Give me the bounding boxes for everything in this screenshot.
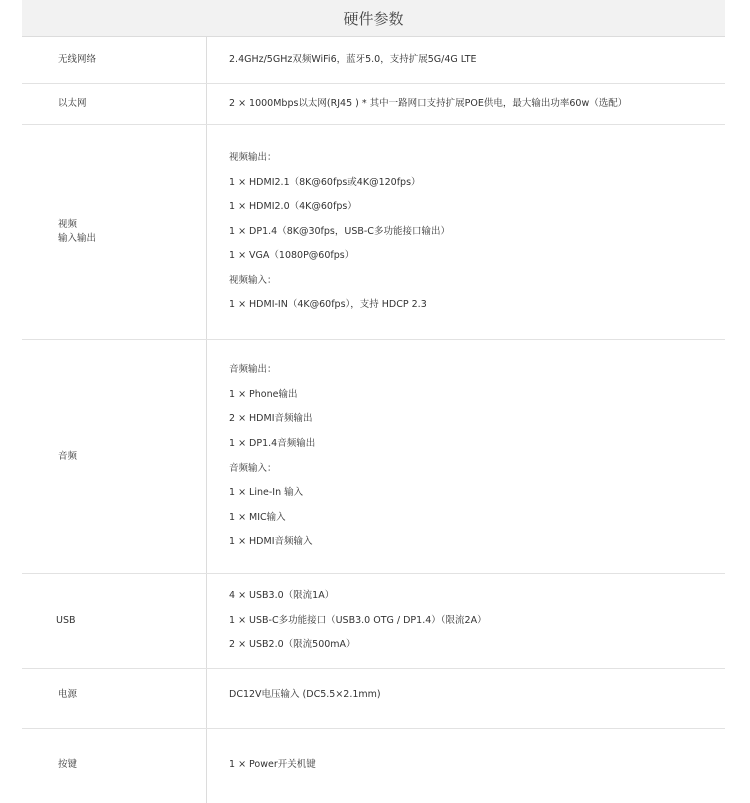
value-line: 2.4GHz/5GHz双频WiFi6，蓝牙5.0，支持扩展5G/4G LTE — [229, 48, 725, 73]
row-value: 1 × Power开关机键 — [207, 729, 725, 801]
value-line: 1 × USB-C多功能接口（USB3.0 OTG / DP1.4）（限流2A） — [229, 609, 725, 634]
value-line: 1 × HDMI-IN（4K@60fps），支持 HDCP 2.3 — [229, 293, 725, 318]
row-label: 音频 — [22, 340, 207, 573]
value-line: 1 × HDMI2.1（8K@60fps或4K@120fps） — [229, 171, 725, 196]
row-value: 音频输出： 1 × Phone输出 2 × HDMI音频输出 1 × DP1.4… — [207, 340, 725, 573]
value-line: 1 × DP1.4（8K@30fps，USB-C多功能接口输出） — [229, 220, 725, 245]
value-line: 2 × 1000Mbps以太网(RJ45 ) * 其中一路网口支持扩展POE供电… — [229, 92, 725, 117]
hardware-spec-table: 硬件参数 无线网络 2.4GHz/5GHz双频WiFi6，蓝牙5.0，支持扩展5… — [22, 0, 725, 801]
value-line: 1 × Phone输出 — [229, 383, 725, 408]
value-line: 2 × USB2.0（限流500mA） — [229, 633, 725, 658]
value-line: 1 × MIC输入 — [229, 506, 725, 531]
value-line: 1 × HDMI2.0（4K@60fps） — [229, 195, 725, 220]
row-label: 电源 — [22, 669, 207, 728]
row-label: 以太网 — [22, 84, 207, 124]
table-row-audio: 音频 音频输出： 1 × Phone输出 2 × HDMI音频输出 1 × DP… — [22, 340, 725, 574]
value-line: 4 × USB3.0（限流1A） — [229, 584, 725, 609]
value-line: 音频输入： — [229, 457, 725, 482]
table-row-usb: USB 4 × USB3.0（限流1A） 1 × USB-C多功能接口（USB3… — [22, 574, 725, 669]
row-label-line: 视频 — [58, 218, 96, 232]
row-value: 2 × 1000Mbps以太网(RJ45 ) * 其中一路网口支持扩展POE供电… — [207, 84, 725, 124]
value-line: 视频输入： — [229, 269, 725, 294]
row-label: 无线网络 — [22, 37, 207, 83]
table-row-video-io: 视频 输入输出 视频输出： 1 × HDMI2.1（8K@60fps或4K@12… — [22, 125, 725, 340]
value-line: 1 × Line-In 输入 — [229, 481, 725, 506]
row-value: 2.4GHz/5GHz双频WiFi6，蓝牙5.0，支持扩展5G/4G LTE — [207, 37, 725, 83]
row-label: USB — [22, 574, 207, 668]
table-row-wireless: 无线网络 2.4GHz/5GHz双频WiFi6，蓝牙5.0，支持扩展5G/4G … — [22, 37, 725, 84]
value-line: 1 × Power开关机键 — [229, 753, 725, 778]
table-row-ethernet: 以太网 2 × 1000Mbps以太网(RJ45 ) * 其中一路网口支持扩展P… — [22, 84, 725, 125]
row-value: DC12V电压输入 (DC5.5×2.1mm) — [207, 669, 725, 728]
value-line: 音频输出： — [229, 358, 725, 383]
value-line: 1 × HDMI音频输入 — [229, 530, 725, 555]
row-label-line: 输入输出 — [58, 232, 96, 246]
table-title: 硬件参数 — [22, 0, 725, 37]
table-row-buttons: 按键 1 × Power开关机键 — [22, 729, 725, 801]
row-label: 按键 — [22, 729, 207, 801]
row-value: 4 × USB3.0（限流1A） 1 × USB-C多功能接口（USB3.0 O… — [207, 574, 725, 668]
row-label: 视频 输入输出 — [22, 125, 207, 339]
row-value: 视频输出： 1 × HDMI2.1（8K@60fps或4K@120fps） 1 … — [207, 125, 725, 339]
value-line: 1 × DP1.4音频输出 — [229, 432, 725, 457]
value-line: 2 × HDMI音频输出 — [229, 407, 725, 432]
value-line: 1 × VGA（1080P@60fps） — [229, 244, 725, 269]
value-line: 视频输出： — [229, 146, 725, 171]
table-row-power: 电源 DC12V电压输入 (DC5.5×2.1mm) — [22, 669, 725, 729]
value-line: DC12V电压输入 (DC5.5×2.1mm) — [229, 683, 725, 708]
